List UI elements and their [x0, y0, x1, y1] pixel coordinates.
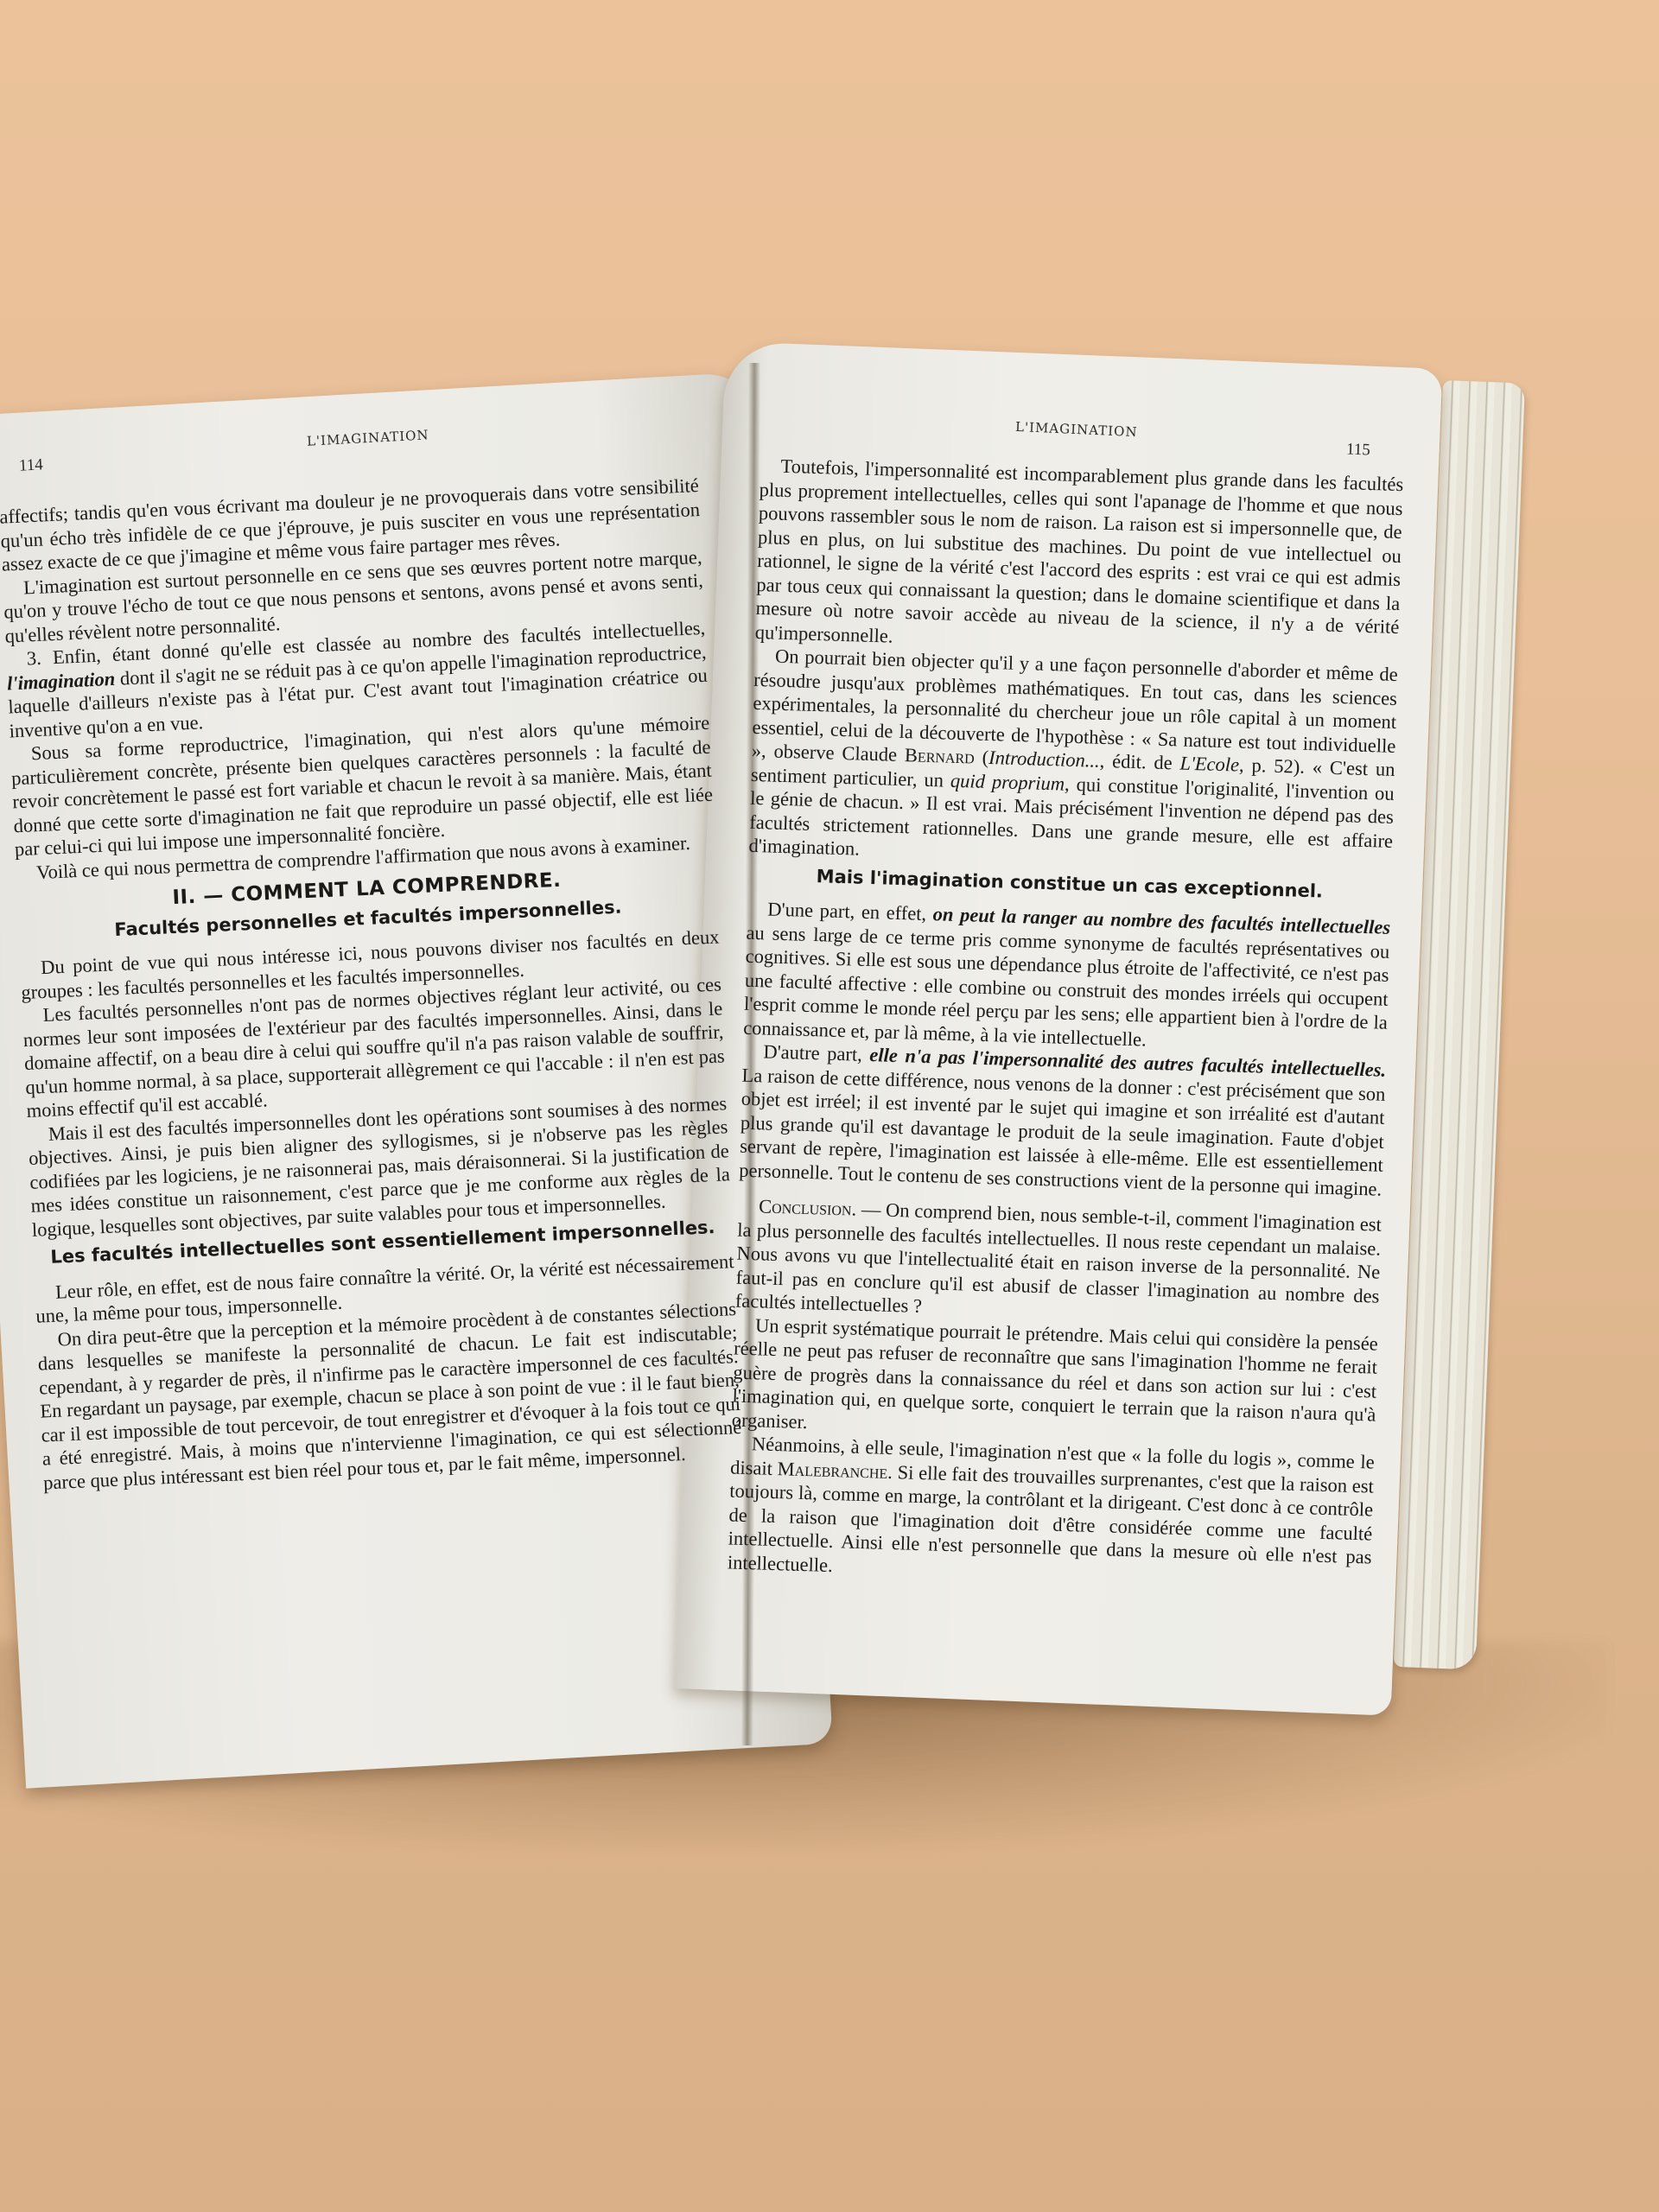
paragraph: On dira peut-être que la perception et l… — [36, 1297, 743, 1495]
paragraph: Conclusion. — On comprend bien, nous sem… — [734, 1194, 1382, 1332]
author-name: Bernard — [905, 744, 976, 767]
publisher-name: L'Ecole — [1179, 753, 1239, 776]
right-page-text: Toutefois, l'impersonnalité est incompar… — [728, 454, 1404, 1593]
author-name: Malebranche — [777, 1458, 887, 1483]
latin-phrase: quid proprium — [950, 769, 1065, 794]
paragraph: D'autre part, elle n'a pas l'impersonnal… — [739, 1039, 1387, 1201]
left-page-text: affectifs; tandis qu'en vous écrivant ma… — [0, 474, 743, 1495]
photo-scene: L'IMAGINATION 114 affectifs; tandis qu'e… — [0, 0, 1659, 2212]
book-title: Introduction... — [988, 747, 1100, 772]
paragraph: D'une part, en effet, on peut la ranger … — [743, 897, 1391, 1058]
emphasis: l'imagination — [7, 667, 116, 694]
conclusion-label: Conclusion. — [759, 1195, 857, 1219]
paragraph: Un esprit systématique pourrait le préte… — [731, 1313, 1378, 1451]
paragraph: On pourrait bien objecter qu'il y a une … — [748, 644, 1398, 876]
paragraph: Toutefois, l'impersonnalité est incompar… — [754, 454, 1403, 663]
left-page-number: 114 — [18, 455, 43, 475]
paragraph: Néanmoins, à elle seule, l'imagination n… — [728, 1432, 1376, 1593]
right-page-number: 115 — [1346, 441, 1371, 461]
